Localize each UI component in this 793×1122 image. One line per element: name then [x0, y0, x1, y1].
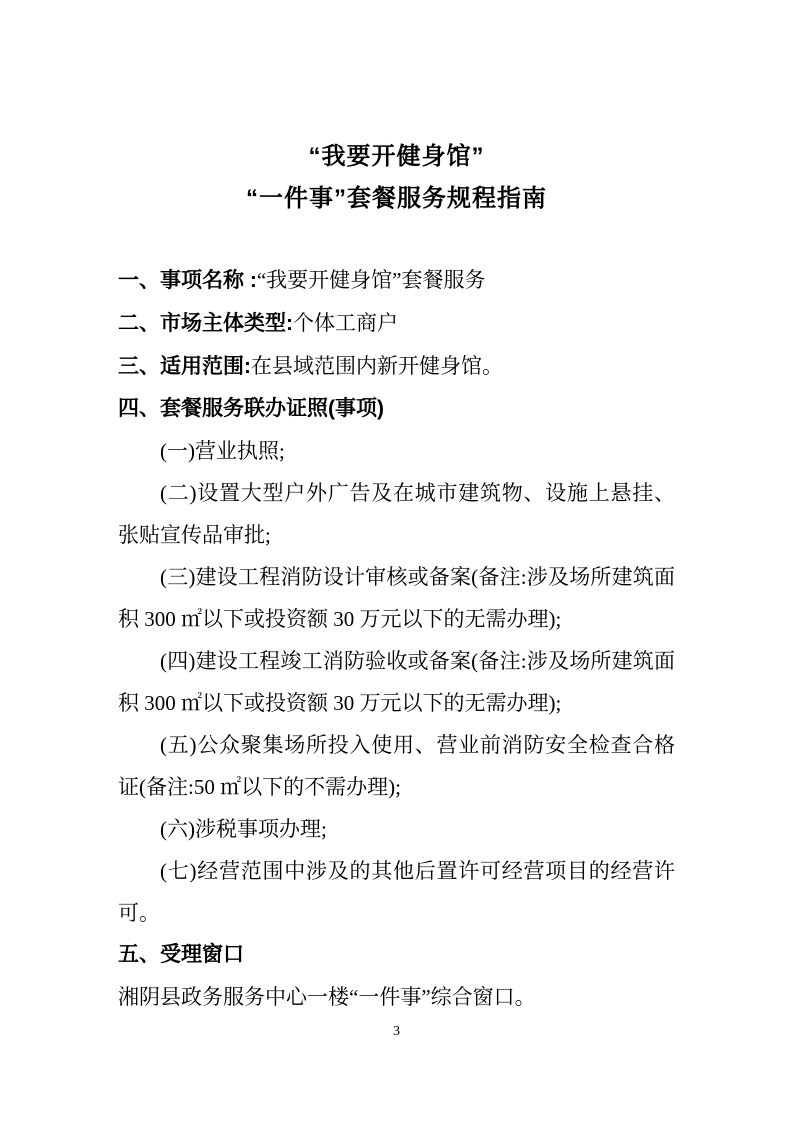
paragraph: (三)建设工程消防设计审核或备案(备注:涉及场所建筑面积 300 ㎡以下或投资额… [118, 556, 675, 640]
document-page: “我要开健身馆” “一件事”套餐服务规程指南 一、事项名称 :“我要开健身馆”套… [0, 0, 793, 1122]
section-value: 个体工商户 [293, 311, 398, 335]
document-body: 一、事项名称 :“我要开健身馆”套餐服务二、市场主体类型:个体工商户三、适用范围… [118, 259, 675, 1018]
paragraph: (四)建设工程竣工消防验收或备案(备注:涉及场所建筑面积 300 ㎡以下或投资额… [118, 640, 675, 724]
section-label: 一、事项名称 : [118, 269, 257, 292]
paragraph: (五)公众聚集场所投入使用、营业前消防安全检查合格证(备注:50 ㎡以下的不需办… [118, 724, 675, 808]
section-line: 三、适用范围:在县域范围内新开健身馆。 [118, 345, 675, 388]
section-value: “我要开健身馆”套餐服务 [257, 268, 486, 292]
document-title: “我要开健身馆” “一件事”套餐服务规程指南 [0, 0, 793, 220]
page-number: 3 [0, 1024, 793, 1040]
paragraph: (六)涉税事项办理; [118, 808, 675, 850]
section-value: 在县域范围内新开健身馆。 [251, 354, 503, 378]
section-heading: 四、套餐服务联办证照(事项) [118, 388, 675, 430]
section-line: 二、市场主体类型:个体工商户 [118, 302, 675, 345]
paragraph: 湘阴县政务服务中心一楼“一件事”综合窗口。 [118, 976, 675, 1018]
document-title-line-1: “我要开健身馆” [0, 136, 793, 178]
paragraph: (七)经营范围中涉及的其他后置许可经营项目的经营许可。 [118, 850, 675, 934]
paragraph: (一)营业执照; [118, 430, 675, 472]
section-label: 三、适用范围: [118, 355, 251, 378]
section-line: 一、事项名称 :“我要开健身馆”套餐服务 [118, 259, 675, 302]
section-heading: 五、受理窗口 [118, 934, 675, 976]
document-title-line-2: “一件事”套餐服务规程指南 [0, 178, 793, 220]
section-label: 二、市场主体类型: [118, 312, 293, 335]
paragraph: (二)设置大型户外广告及在城市建筑物、设施上悬挂、张贴宣传品审批; [118, 472, 675, 556]
